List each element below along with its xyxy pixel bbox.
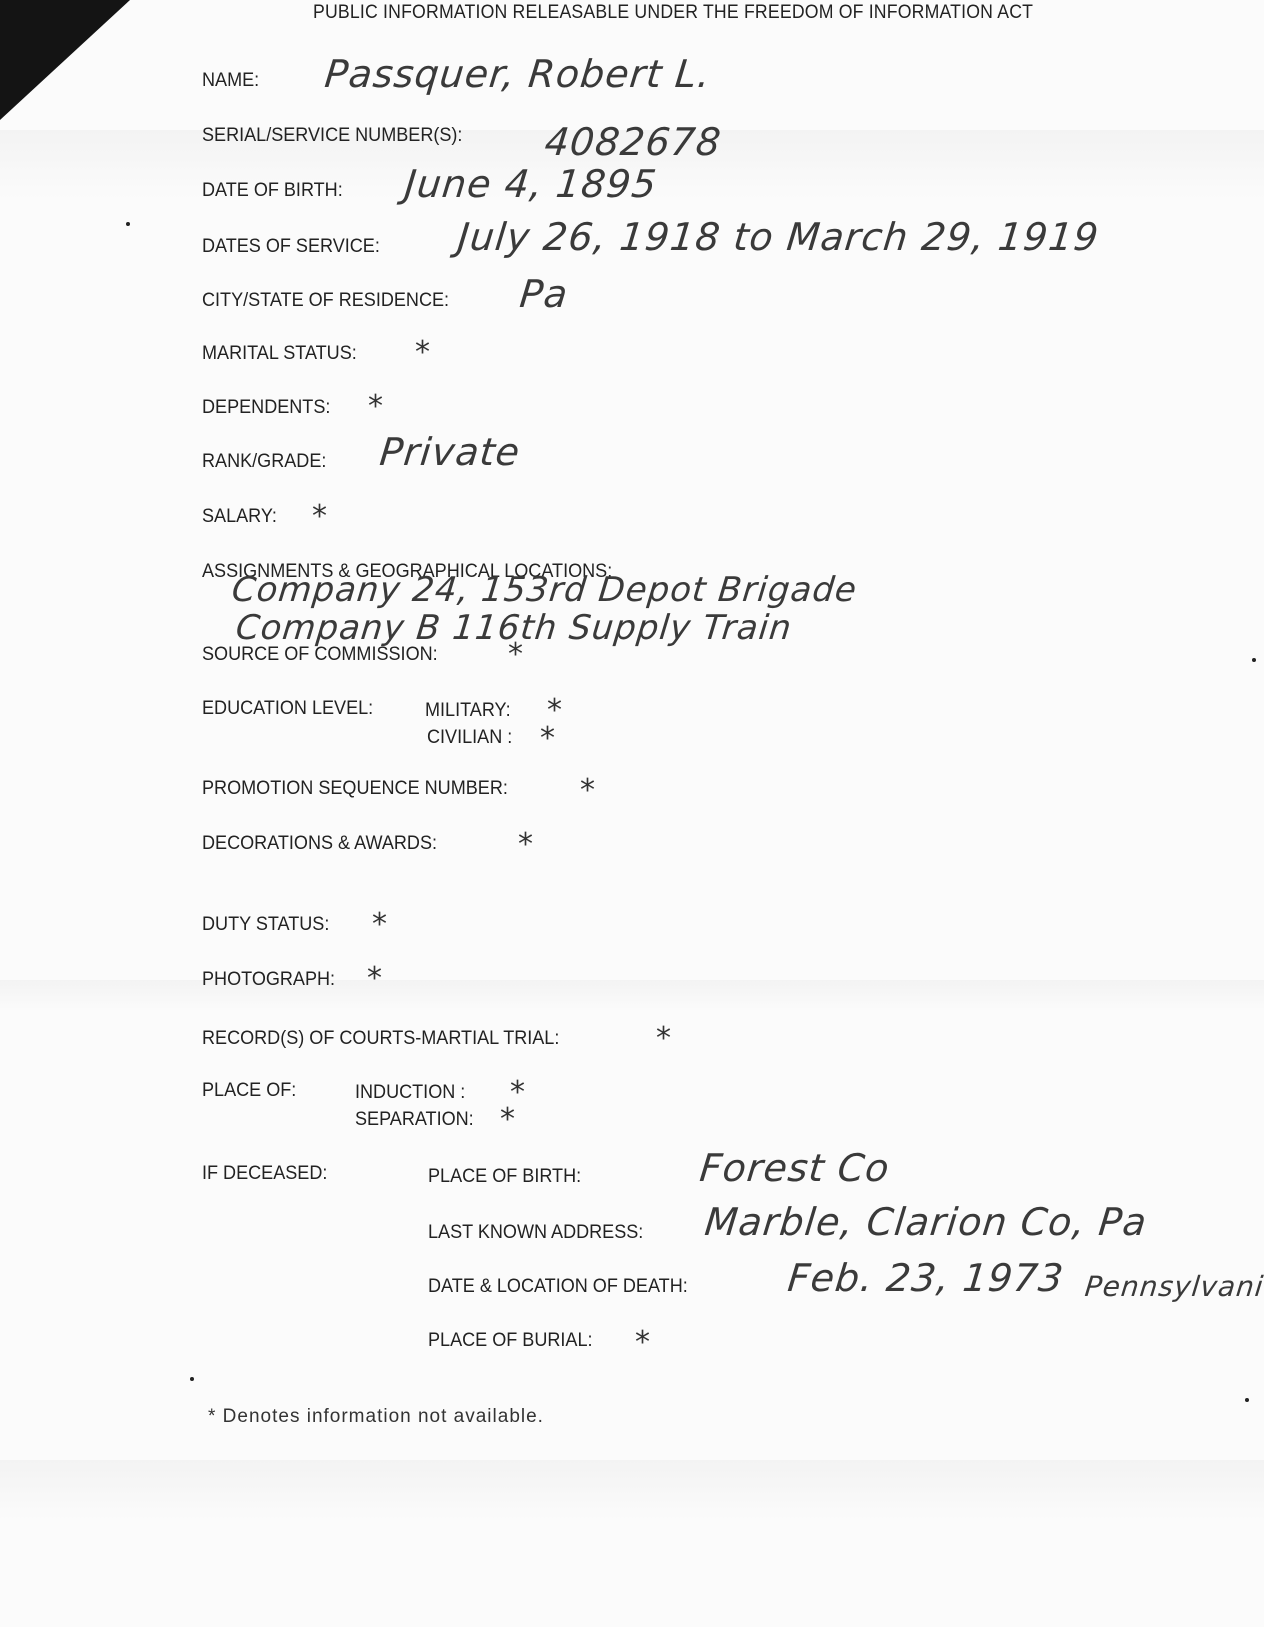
deceased-label: IF DECEASED:: [202, 1163, 327, 1185]
name-label: NAME:: [202, 70, 259, 92]
address-label: LAST KNOWN ADDRESS:: [428, 1222, 643, 1244]
induction-label: INDUCTION :: [355, 1082, 465, 1104]
service-label: DATES OF SERVICE:: [202, 236, 380, 258]
residence-value: Pa: [518, 272, 571, 316]
place-of-label: PLACE OF:: [202, 1080, 296, 1102]
footnote: * Denotes information not available.: [208, 1406, 544, 1428]
education-civilian-value: *: [540, 724, 555, 754]
scan-speck: [190, 1377, 194, 1381]
dob-label: DATE OF BIRTH:: [202, 180, 343, 202]
folded-corner: [0, 0, 130, 120]
scan-fold: [0, 980, 1264, 1010]
assignment-line-1: Company 24, 153rd Depot Brigade: [230, 570, 859, 610]
separation-label: SEPARATION:: [355, 1109, 474, 1131]
death-date-value: Feb. 23, 1973: [786, 1256, 1066, 1300]
burial-label: PLACE OF BURIAL:: [428, 1330, 593, 1352]
promotion-label: PROMOTION SEQUENCE NUMBER:: [202, 778, 508, 800]
education-civilian-label: CIVILIAN :: [427, 727, 512, 749]
dependents-value: *: [368, 392, 383, 422]
rank-value: Private: [378, 430, 523, 474]
courts-label: RECORD(S) OF COURTS-MARTIAL TRIAL:: [202, 1028, 559, 1050]
birth-place-label: PLACE OF BIRTH:: [428, 1166, 581, 1188]
salary-label: SALARY:: [202, 506, 277, 528]
education-label: EDUCATION LEVEL:: [202, 698, 373, 720]
education-military-label: MILITARY:: [425, 700, 511, 722]
photo-value: *: [367, 964, 382, 994]
promotion-value: *: [580, 776, 595, 806]
marital-value: *: [415, 338, 430, 368]
decorations-value: *: [518, 830, 533, 860]
duty-label: DUTY STATUS:: [202, 914, 329, 936]
rank-label: RANK/GRADE:: [202, 451, 326, 473]
scan-fold-lower: [0, 1460, 1264, 1520]
scan-speck: [126, 222, 130, 226]
serial-label: SERIAL/SERVICE NUMBER(S):: [202, 125, 462, 147]
dob-value: June 4, 1895: [403, 162, 659, 206]
residence-label: CITY/STATE OF RESIDENCE:: [202, 290, 449, 312]
separation-value: *: [500, 1105, 515, 1135]
burial-value: *: [635, 1328, 650, 1358]
death-label: DATE & LOCATION OF DEATH:: [428, 1276, 688, 1298]
serial-value: 4082678: [543, 120, 724, 164]
commission-label: SOURCE OF COMMISSION:: [202, 644, 438, 666]
commission-value: *: [508, 640, 523, 670]
photo-label: PHOTOGRAPH:: [202, 969, 335, 991]
scan-speck: [1245, 1398, 1249, 1402]
address-value: Marble, Clarion Co, Pa: [703, 1200, 1150, 1244]
marital-label: MARITAL STATUS:: [202, 343, 357, 365]
courts-value: *: [656, 1024, 671, 1054]
service-value: July 26, 1918 to March 29, 1919: [456, 215, 1102, 259]
dependents-label: DEPENDENTS:: [202, 397, 330, 419]
name-value: Passquer, Robert L.: [323, 52, 713, 96]
birth-place-value: Forest Co: [698, 1146, 892, 1190]
document-header: PUBLIC INFORMATION RELEASABLE UNDER THE …: [313, 2, 1033, 24]
decorations-label: DECORATIONS & AWARDS:: [202, 833, 437, 855]
death-location-value: Pennsylvania: [1083, 1270, 1264, 1303]
scan-speck: [1252, 658, 1256, 662]
duty-value: *: [372, 910, 387, 940]
salary-value: *: [312, 502, 327, 532]
